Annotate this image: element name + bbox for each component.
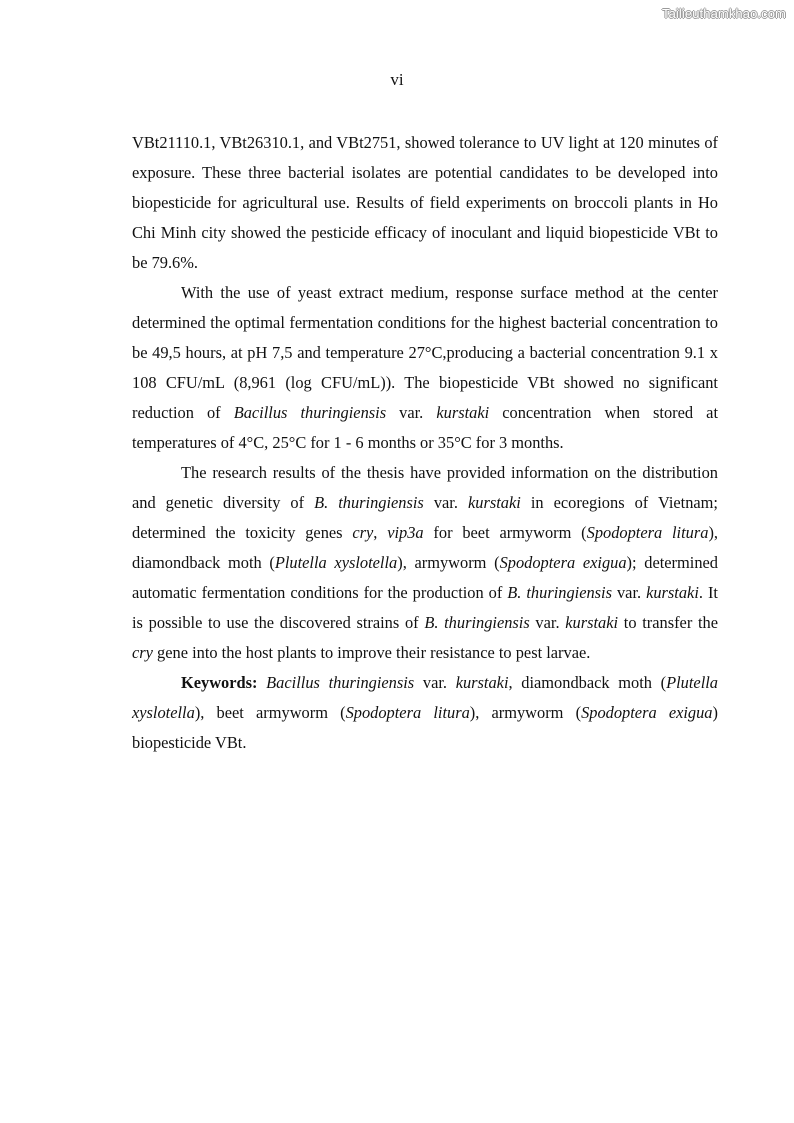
text-run: , <box>373 523 387 542</box>
italic-term: cry <box>132 643 153 662</box>
text-run: ), armyworm ( <box>397 553 499 572</box>
paragraph-fermentation-conditions: With the use of yeast extract medium, re… <box>132 278 718 458</box>
italic-term: B. thuringiensis <box>314 493 424 512</box>
text-run: ), armyworm ( <box>470 703 581 722</box>
text-run: ), beet armyworm ( <box>195 703 346 722</box>
text-run <box>257 673 266 692</box>
italic-term: B. thuringiensis <box>424 613 529 632</box>
italic-term: kurstaki <box>436 403 489 422</box>
page-number: vi <box>0 68 794 92</box>
italic-term: Plutella xyslotella <box>275 553 397 572</box>
italic-term: kurstaki <box>646 583 699 602</box>
text-run: gene into the host plants to improve the… <box>153 643 590 662</box>
paragraph-research-results: The research results of the thesis have … <box>132 458 718 668</box>
paragraph-keywords: Keywords: Bacillus thuringiensis var. ku… <box>132 668 718 758</box>
abstract-body: VBt21110.1, VBt26310.1, and VBt2751, sho… <box>132 128 718 758</box>
italic-term: kurstaki <box>565 613 618 632</box>
italic-term: B. thuringiensis <box>507 583 612 602</box>
italic-term: vip3a <box>387 523 423 542</box>
text-run: var. <box>612 583 646 602</box>
text-run: to transfer the <box>618 613 718 632</box>
text-run: var. <box>414 673 456 692</box>
text-run: , diamondback moth ( <box>509 673 667 692</box>
italic-term: Spodoptera exigua <box>500 553 627 572</box>
text-run: With the use of yeast extract medium, re… <box>132 283 718 422</box>
keywords-label: Keywords: <box>181 673 257 692</box>
italic-term: Spodoptera litura <box>346 703 470 722</box>
italic-term: kurstaki <box>468 493 521 512</box>
italic-term: cry <box>352 523 373 542</box>
italic-term: Bacillus thuringiensis <box>266 673 414 692</box>
text-run: var. <box>386 403 436 422</box>
text-run: VBt21110.1, VBt26310.1, and VBt2751, sho… <box>132 133 718 272</box>
paragraph-uv-tolerance: VBt21110.1, VBt26310.1, and VBt2751, sho… <box>132 128 718 278</box>
italic-term: Spodoptera exigua <box>581 703 712 722</box>
text-run: var. <box>530 613 566 632</box>
watermark: Tailieuthamkhao.com <box>662 6 786 21</box>
text-run: for beet armyworm ( <box>424 523 587 542</box>
italic-term: Bacillus thuringiensis <box>234 403 386 422</box>
text-run: var. <box>424 493 468 512</box>
italic-term: Spodoptera litura <box>587 523 709 542</box>
italic-term: kurstaki <box>456 673 509 692</box>
